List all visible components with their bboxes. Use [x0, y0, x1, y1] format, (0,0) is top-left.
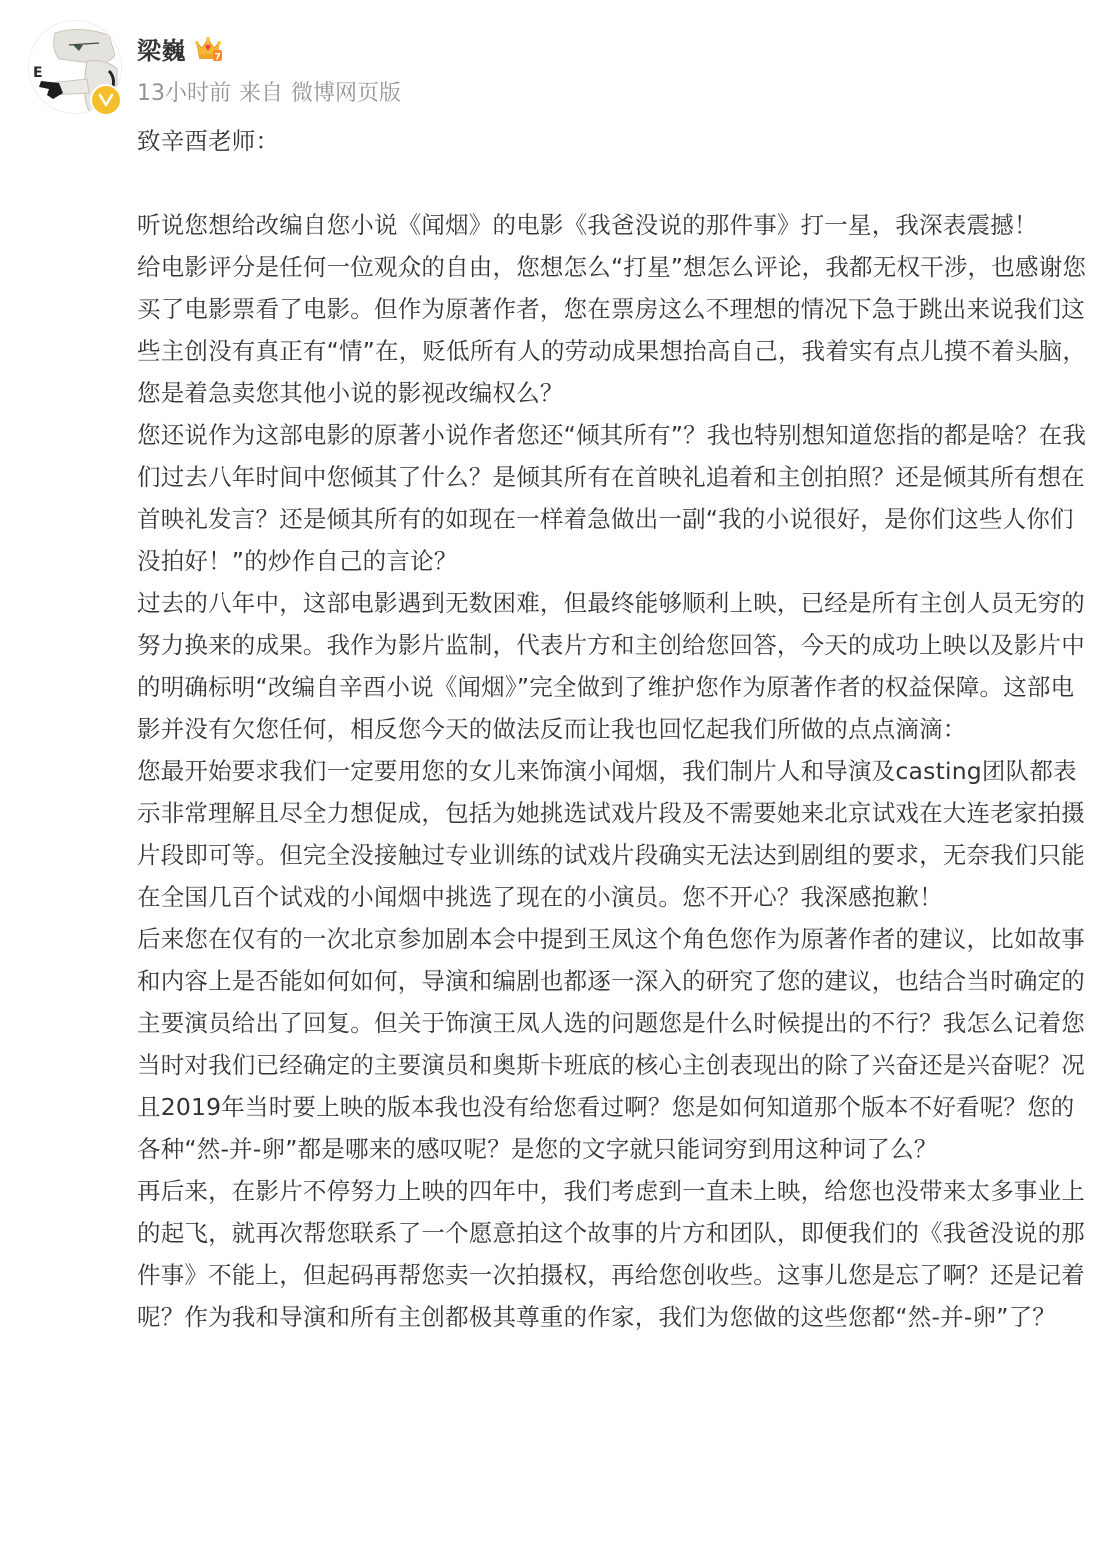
- paragraph: 过去的八年中，这部电影遇到无数困难，但最终能够顺利上映，已经是所有主创人员无穷的…: [137, 582, 1087, 750]
- avatar-container: E: [28, 20, 122, 114]
- paragraph: 您还说作为这部电影的原著小说作者您还“倾其所有”？我也特别想知道您指的都是啥？在…: [137, 414, 1087, 582]
- svg-text:7: 7: [215, 53, 221, 62]
- paragraph: 给电影评分是任何一位观众的自由，您想怎么“打星”想怎么评论，我都无权干涉，也感谢…: [137, 246, 1087, 414]
- svg-text:E: E: [33, 65, 43, 81]
- author-name[interactable]: 梁巍: [137, 31, 186, 66]
- crown-level-icon: 7: [194, 35, 222, 61]
- post-header: 梁巍 7 13小时前 来自 微博网页版: [137, 28, 401, 109]
- author-row: 梁巍 7: [137, 28, 401, 68]
- post-time[interactable]: 13小时前: [137, 76, 231, 107]
- post-body: 致辛酉老师： 听说您想给改编自您小说《闻烟》的电影《我爸没说的那件事》打一星，我…: [137, 120, 1087, 1338]
- paragraph: 您最开始要求我们一定要用您的女儿来饰演小闻烟，我们制片人和导演及casting团…: [137, 750, 1087, 918]
- post-meta: 13小时前 来自 微博网页版: [137, 73, 401, 109]
- paragraph: 再后来，在影片不停努力上映的四年中，我们考虑到一直未上映，给您也没带来太多事业上…: [137, 1170, 1087, 1338]
- member-crown-badge[interactable]: 7: [194, 35, 222, 61]
- source-app[interactable]: 微博网页版: [291, 76, 401, 107]
- verified-v-icon: [98, 93, 114, 107]
- verified-badge: [90, 84, 122, 116]
- paragraph: 后来您在仅有的一次北京参加剧本会中提到王凤这个角色您作为原著作者的建议，比如故事…: [137, 918, 1087, 1170]
- paragraph: 听说您想给改编自您小说《闻烟》的电影《我爸没说的那件事》打一星，我深表震撼！: [137, 204, 1087, 246]
- weibo-post: E 梁巍 7: [0, 0, 1118, 1543]
- blank-line: [137, 162, 1087, 204]
- salutation: 致辛酉老师：: [137, 120, 1087, 162]
- source-prefix: 来自: [239, 76, 283, 107]
